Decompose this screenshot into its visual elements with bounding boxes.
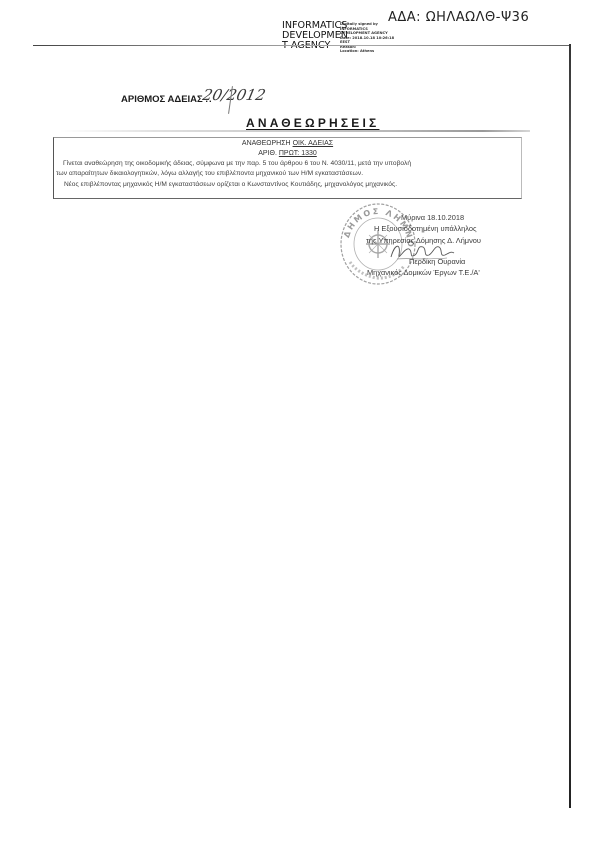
signature-role: Η Εξουσιοδοτημένη υπάλληλος (374, 224, 477, 233)
digital-signature-stamp: Digitally signed by INFORMATICS DEVELOPM… (340, 22, 394, 54)
stamp-line: Location: Athens (340, 49, 374, 53)
revision-title: ΑΝΑΘΕΩΡΗΣΗ ΟΙΚ. ΑΔΕΙΑΣ (53, 140, 522, 147)
stamp-line: INFORMATICS (340, 27, 368, 31)
stamp-line: EEST (340, 40, 350, 44)
scan-shadow-line (60, 130, 530, 132)
signatory-name: Περδίκη Ουρανία (409, 257, 465, 266)
protocol-prefix: ΑΡΙΘ. (258, 150, 279, 157)
page-frame-top-border (33, 45, 570, 46)
permit-number-label: ΑΡΙΘΜΟΣ ΑΔΕΙΑΣ .. (121, 94, 213, 105)
signatory-title: Μηχανικός Δομικών Έργων Τ.Ε./Α' (367, 268, 480, 277)
agency-name: INFORMATICS DEVELOPMEN T AGENCY (282, 21, 348, 51)
section-heading: ΑΝΑΘΕΩΡΗΣΕΙΣ (246, 116, 379, 130)
protocol-underlined: ΠΡΩΤ: 1330 (279, 150, 317, 157)
revision-body-line-1: Γίνεται αναθεώρηση της οικοδομικής άδεια… (63, 160, 411, 167)
permit-number-handwritten: 20/2012 (201, 86, 267, 104)
page-frame-right-border (569, 44, 571, 808)
signature-place-date: Μύρινα 18.10.2018 (401, 213, 464, 222)
revision-title-prefix: ΑΝΑΘΕΩΡΗΣΗ (242, 140, 293, 147)
stamp-line: Digitally signed by (340, 22, 378, 26)
revision-title-underlined: ΟΙΚ. ΑΔΕΙΑΣ (293, 140, 334, 147)
permit-label-text: ΑΡΙΘΜΟΣ ΑΔΕΙΑΣ (121, 94, 203, 105)
ada-code: ΑΔΑ: ΩΗΛΑΩΛΘ-Ψ36 (388, 10, 529, 25)
revision-protocol-number: ΑΡΙΘ. ΠΡΩΤ: 1330 (53, 150, 522, 157)
stamp-line: DEVELOPMENT AGENCY (340, 31, 388, 35)
revision-body-line-3: Νέος επιβλέποντας μηχανικός Η/Μ εγκαταστ… (64, 181, 397, 188)
stamp-line: Date: 2018.10.18 10:26:18 (340, 36, 394, 40)
revision-body-line-2: των απαραίτητων δικαιολογητικών, λόγω αλ… (56, 170, 363, 177)
